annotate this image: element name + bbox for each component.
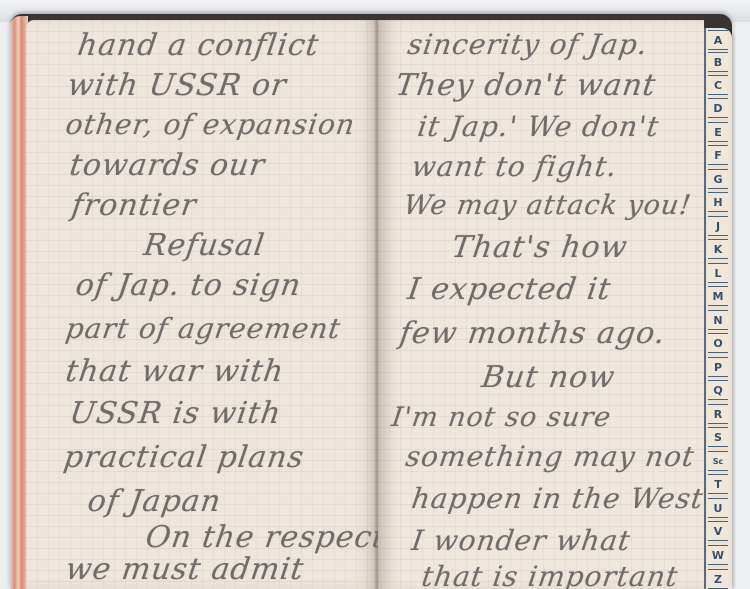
handwritten-line: other, of expansion <box>64 108 358 141</box>
left-page-text: hand a conflict with USSR or other, of e… <box>26 20 378 589</box>
left-page: hand a conflict with USSR or other, of e… <box>26 20 378 589</box>
handwritten-line: of Japan <box>86 484 224 519</box>
index-tab-j[interactable]: J <box>708 216 728 236</box>
index-tab-g[interactable]: G <box>708 169 728 189</box>
index-tab-l[interactable]: L <box>708 263 728 283</box>
index-tab-h[interactable]: H <box>708 192 728 212</box>
index-tab-sc[interactable]: Sc <box>708 451 728 471</box>
handwritten-line: with USSR or <box>66 68 289 103</box>
index-tab-v[interactable]: V <box>708 521 728 541</box>
handwritten-line: hand a conflict <box>76 28 322 63</box>
index-tab-e[interactable]: E <box>708 122 728 142</box>
index-tab-t[interactable]: T <box>708 474 728 494</box>
handwritten-line: USSR is with <box>68 396 284 431</box>
handwritten-line: something may not <box>404 440 697 473</box>
handwritten-line: frontier <box>70 188 199 223</box>
alphabet-index-tabs: A B C D E F G H J K L M N O P Q R S Sc T… <box>704 28 732 589</box>
handwritten-line: Refusal <box>142 228 268 263</box>
right-page: sincerity of Jap. They don't want it Jap… <box>378 20 704 589</box>
index-tab-w[interactable]: W <box>708 545 728 565</box>
handwritten-line: On the respect <box>144 520 388 555</box>
index-tab-a[interactable]: A <box>708 30 728 50</box>
handwritten-line: sincerity of Jap. <box>406 28 650 61</box>
handwritten-line: They don't want <box>394 68 659 103</box>
index-tab-s[interactable]: S <box>708 427 728 447</box>
index-tab-d[interactable]: D <box>708 98 728 118</box>
index-tab-u[interactable]: U <box>708 498 728 518</box>
handwritten-line: practical plans <box>62 440 307 475</box>
handwritten-line: But now <box>480 360 618 395</box>
index-tab-m[interactable]: M <box>708 286 728 306</box>
index-tab-p[interactable]: P <box>708 357 728 377</box>
index-tab-f[interactable]: F <box>708 145 728 165</box>
index-tab-k[interactable]: K <box>708 239 728 259</box>
handwritten-line: towards our <box>68 148 268 183</box>
handwritten-line: We may attack you! <box>402 190 694 221</box>
index-tab-r[interactable]: R <box>708 404 728 424</box>
index-tab-z[interactable]: Z <box>708 569 728 589</box>
handwritten-line: That's how <box>450 230 630 265</box>
index-tab-q[interactable]: Q <box>708 380 728 400</box>
handwritten-line: we must admit <box>64 552 307 587</box>
handwritten-line: happen in the West. <box>410 482 716 515</box>
right-page-text: sincerity of Jap. They don't want it Jap… <box>378 20 704 589</box>
handwritten-line: that is important <box>420 560 681 589</box>
index-tab-b[interactable]: B <box>708 52 728 72</box>
index-tab-n[interactable]: N <box>708 310 728 330</box>
handwritten-line: of Jap. to sign <box>74 268 304 303</box>
handwritten-line: part of agreement <box>64 312 343 345</box>
handwritten-line: want to fight. <box>410 150 620 183</box>
index-tab-c[interactable]: C <box>708 75 728 95</box>
handwritten-line: I expected it <box>406 272 614 307</box>
handwritten-line: I'm not so sure <box>390 402 614 433</box>
handwritten-line: few months ago. <box>398 316 668 351</box>
handwritten-line: I wonder what <box>410 524 633 557</box>
handwritten-line: that war with <box>64 354 287 389</box>
index-tab-o[interactable]: O <box>708 333 728 353</box>
handwritten-line: it Jap.' We don't <box>416 110 662 143</box>
